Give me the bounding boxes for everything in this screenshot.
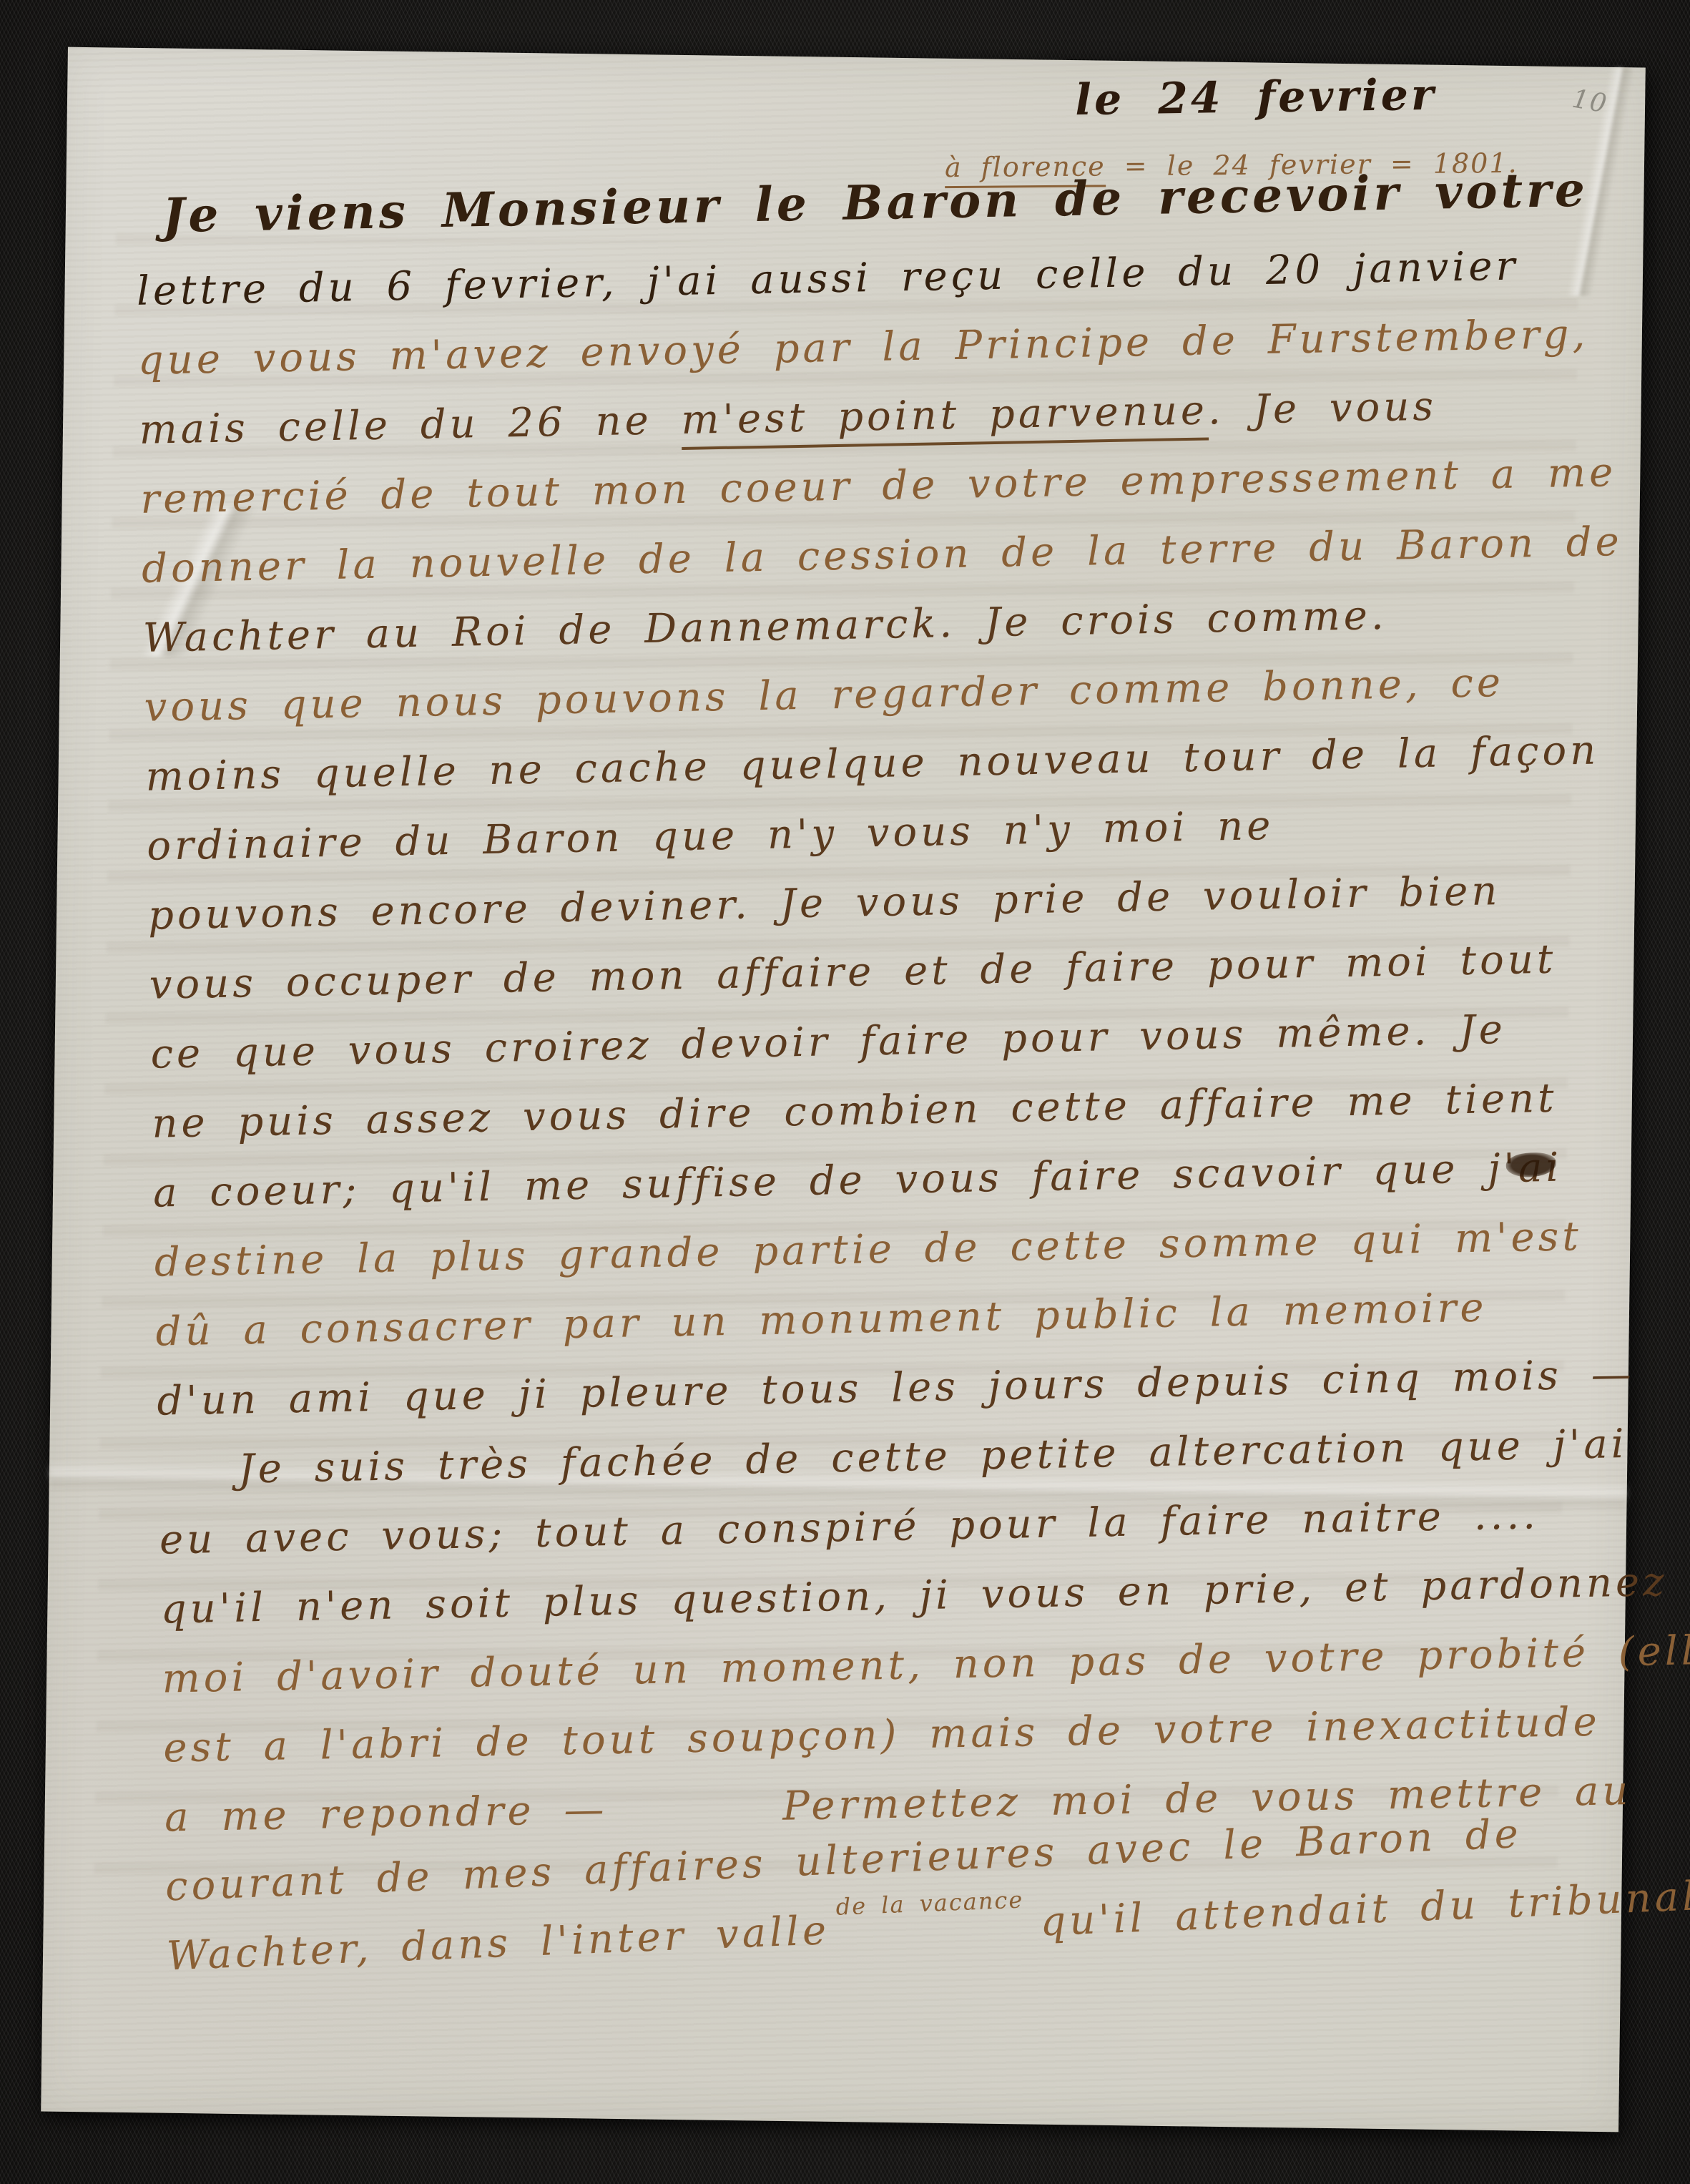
letter-body: Je viens Monsieur le Baron de recevoir v… xyxy=(134,162,1626,2003)
letter-page: 10 le 24 fevrier à florence = le 24 fevr… xyxy=(41,47,1646,2132)
date-heading: le 24 fevrier xyxy=(1074,70,1436,125)
page-number: 10 xyxy=(1570,84,1610,119)
line-segment: mais celle du 26 ne xyxy=(139,397,682,454)
line-segment: . Je vous xyxy=(1207,383,1437,434)
photograph-of-letter: { "page": { "page_number": "10", "date_h… xyxy=(0,0,1690,2184)
underlined-phrase: m'est point parvenue xyxy=(681,387,1209,449)
